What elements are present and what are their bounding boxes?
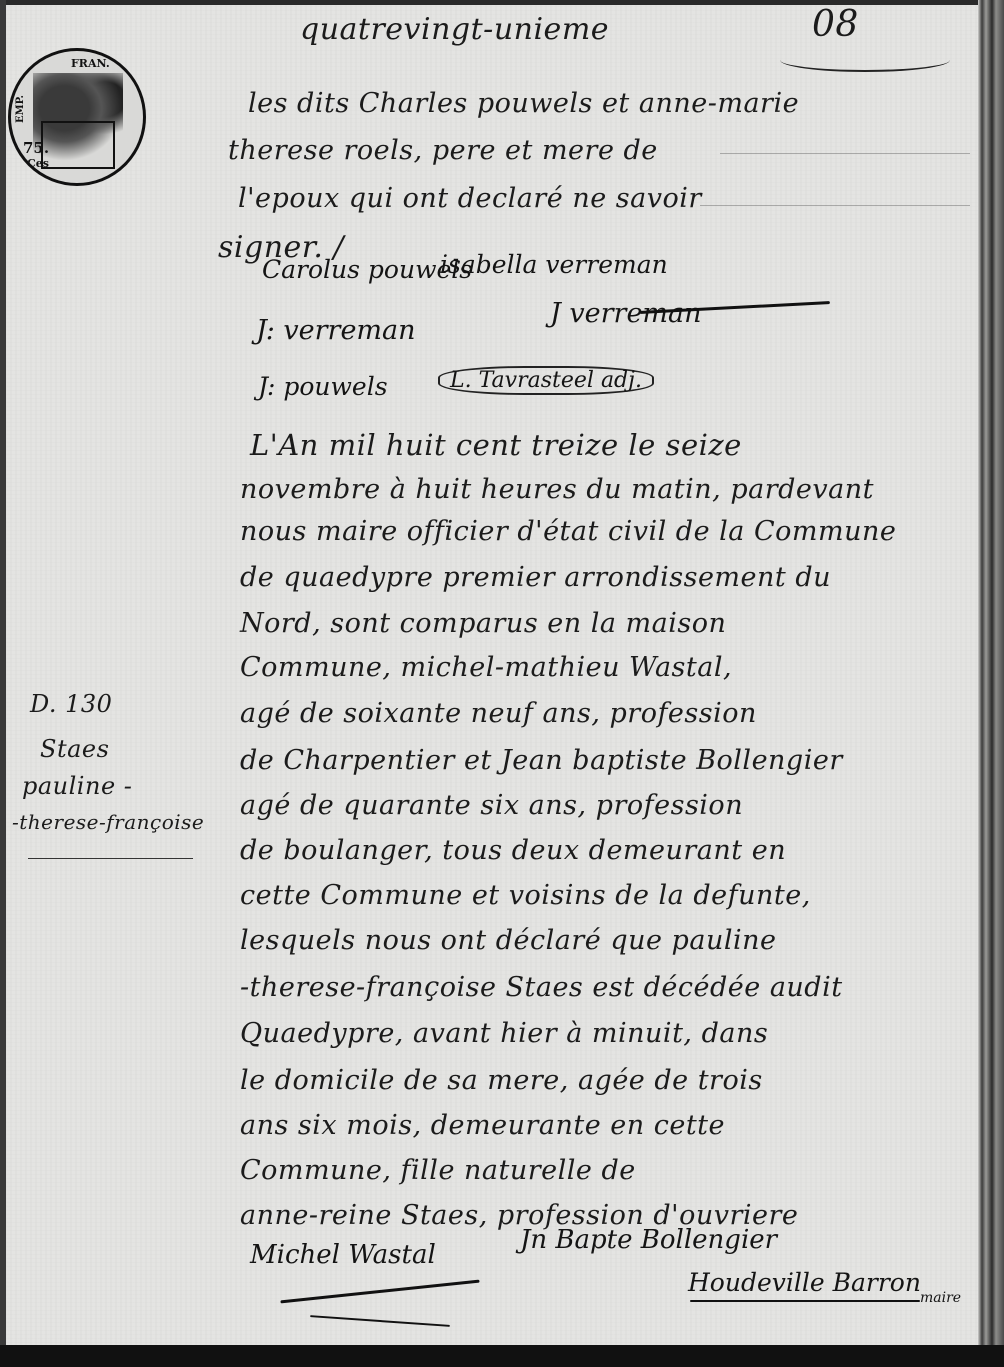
record-line: de boulanger, tous deux demeurant en	[240, 835, 786, 866]
signature-mayor: Houdeville Barron	[688, 1268, 921, 1297]
stamp-pedestal	[41, 121, 115, 169]
record-line: -therese-françoise Staes est décédée aud…	[240, 972, 843, 1003]
stamp-top-text: FRAN.	[71, 57, 110, 70]
text-line: therese roels, pere et mere de	[228, 135, 658, 166]
record-line: le domicile de sa mere, agée de trois	[240, 1065, 763, 1096]
record-line: lesquels nous ont déclaré que pauline	[240, 925, 776, 956]
register-page: quatrevingt-unieme 08 FRAN. EMP. 75. Ces…	[0, 0, 1004, 1367]
page-left-edge	[0, 0, 6, 1345]
margin-given-names-2: -therese-françoise	[12, 810, 204, 834]
record-line: Nord, sont comparus en la maison	[240, 608, 726, 639]
mayor-signature-flourish	[690, 1300, 920, 1302]
record-line: Commune, fille naturelle de	[240, 1155, 636, 1186]
signature-verreman-1: J: verreman	[256, 315, 416, 346]
folio-flourish	[780, 48, 950, 72]
page-binding-edge	[978, 0, 1004, 1345]
record-line: de Charpentier et Jean baptiste Bollengi…	[240, 745, 843, 776]
tax-stamp: FRAN. EMP. 75. Ces	[8, 48, 146, 186]
record-line: L'An mil huit cent treize le seize	[250, 428, 742, 462]
record-line: agé de soixante neuf ans, profession	[240, 698, 757, 729]
stamp-side-text: EMP.	[15, 95, 26, 123]
ruled-line	[700, 205, 970, 206]
mayor-title: maire	[920, 1290, 961, 1306]
record-line: novembre à huit heures du matin, pardeva…	[240, 474, 874, 505]
folio-mark: 08	[812, 4, 859, 45]
signature-witness-2: Jn Bapte Bollengier	[520, 1225, 777, 1255]
record-line: Commune, michel-mathieu Wastal,	[240, 652, 732, 683]
text-line: l'epoux qui ont declaré ne savoir	[238, 183, 702, 214]
record-line: agé de quarante six ans, profession	[240, 790, 743, 821]
signature-flourish	[280, 1280, 479, 1304]
signature-flourish	[310, 1315, 450, 1327]
record-line: cette Commune et voisins de la defunte,	[240, 880, 811, 911]
signature-pouwels: J: pouwels	[258, 372, 388, 401]
ruled-line	[720, 153, 970, 154]
record-line: de quaedypre premier arrondissement du	[240, 562, 831, 593]
margin-rule	[28, 858, 193, 859]
signature-isabella-verreman: isabella verreman	[440, 250, 668, 279]
signature-verreman-2: J verreman	[550, 298, 702, 329]
stamp-unit: Ces	[27, 157, 49, 170]
text-line: les dits Charles pouwels et anne-marie	[248, 88, 799, 119]
margin-given-names-1: pauline -	[22, 772, 132, 800]
page-bottom-edge	[0, 1345, 1004, 1367]
signature-witness-1: Michel Wastal	[250, 1240, 436, 1270]
record-line: Quaedypre, avant hier à minuit, dans	[240, 1018, 768, 1049]
margin-surname: Staes	[40, 735, 109, 763]
record-line: ans six mois, demeurante en cette	[240, 1110, 725, 1141]
record-line: nous maire officier d'état civil de la C…	[240, 516, 896, 547]
page-header: quatrevingt-unieme	[300, 12, 609, 47]
stamp-value: 75.	[23, 139, 49, 157]
margin-record-number: D. 130	[30, 690, 112, 718]
signature-adjoint: L. Tavrasteel adj.	[438, 366, 654, 395]
